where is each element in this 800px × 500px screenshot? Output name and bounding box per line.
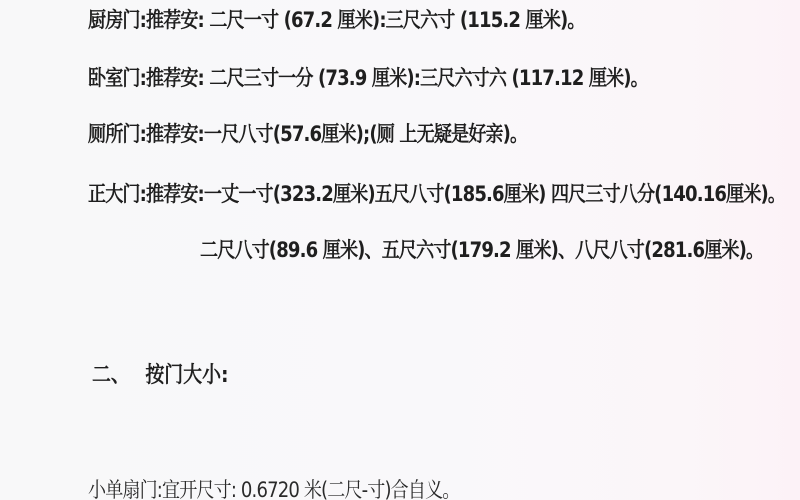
toilet-door-line: 厕所门:推荐安:一尺八寸(57.6厘米);(厕 上无疑是好亲)。 (88, 118, 527, 148)
section-number: 二、 (92, 358, 145, 389)
kitchen-door-line: 厨房门:推荐安: 二尺一寸 (67.2 厘米):三尺六寸 (115.2 厘米)。 (88, 4, 585, 34)
main-door-line-continued: 二尺八寸(89.6 厘米)、五尺六寸(179.2 厘米)、八尺八寸(281.6厘… (200, 234, 763, 264)
single-door-line: 小单扇门:宜开尺寸: 0.6720 米(二尺-寸)合自义。 (88, 474, 459, 500)
main-door-line: 正大门:推荐安:一丈一寸(323.2厘米)五尺八寸(185.6厘米) 四尺三寸八… (88, 178, 785, 208)
section-heading: 二、按门大小: (92, 358, 229, 389)
bedroom-door-line: 卧室门:推荐安: 二尺三寸一分 (73.9 厘米):三尺六寸六 (117.12 … (88, 62, 648, 92)
section-title: 按门大小: (145, 363, 228, 388)
